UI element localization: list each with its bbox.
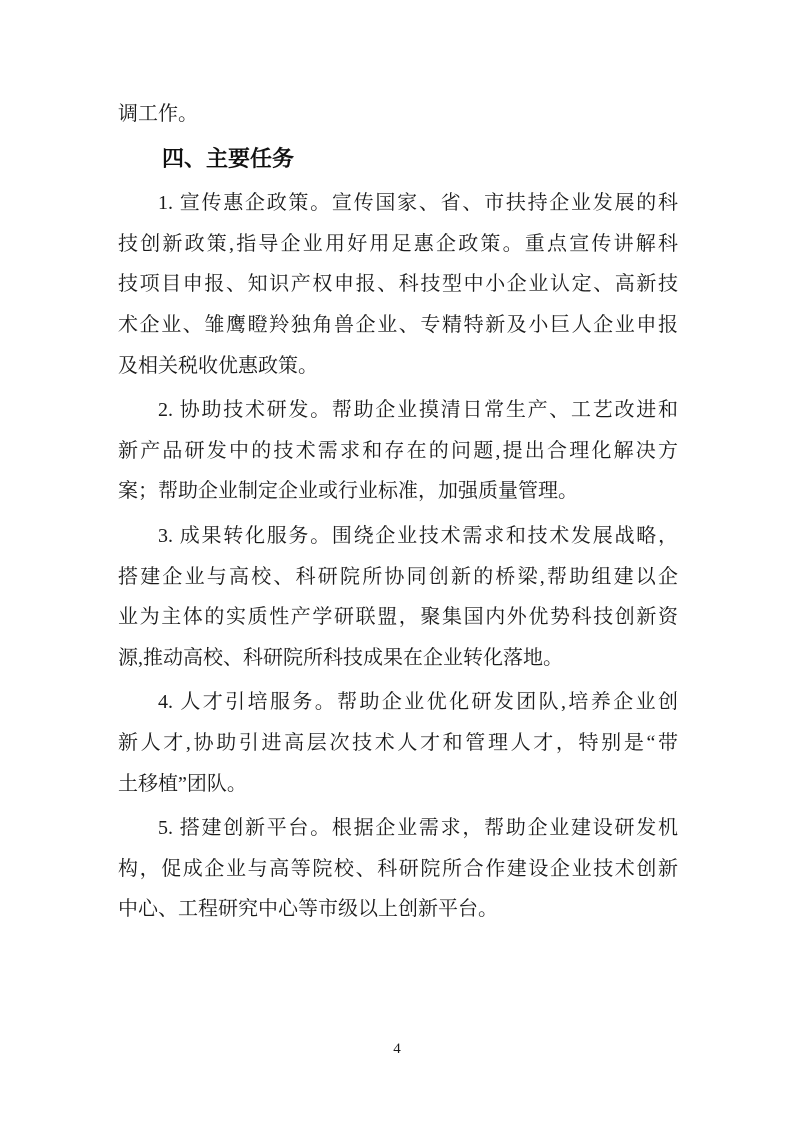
- paragraph-continuation: 调工作。: [118, 94, 678, 135]
- paragraph-2: 2. 协助技术研发。帮助企业摸清日常生产、工艺改进和 新产品研发中的技术需求和存…: [118, 390, 678, 512]
- text-line: 源,推动高校、科研院所科技成果在企业转化落地。: [118, 638, 678, 679]
- paragraph-1: 1. 宣传惠企政策。宣传国家、省、市扶持企业发展的科 技创新政策,指导企业用好用…: [118, 183, 678, 386]
- text-line: 1. 宣传惠企政策。宣传国家、省、市扶持企业发展的科: [118, 183, 678, 224]
- text-line: 技创新政策,指导企业用好用足惠企政策。重点宣传讲解科: [118, 224, 678, 265]
- text-line: 案；帮助企业制定企业或行业标准，加强质量管理。: [118, 471, 678, 512]
- paragraph-5: 5. 搭建创新平台。根据企业需求，帮助企业建设研发机 构，促成企业与高等院校、科…: [118, 808, 678, 930]
- text-line: 2. 协助技术研发。帮助企业摸清日常生产、工艺改进和: [118, 390, 678, 431]
- text-line: 技项目申报、知识产权申报、科技型中小企业认定、高新技: [118, 264, 678, 305]
- section-heading: 四、主要任务: [118, 139, 678, 180]
- text-line: 术企业、雏鹰瞪羚独角兽企业、专精特新及小巨人企业申报: [118, 305, 678, 346]
- document-page: 调工作。 四、主要任务 1. 宣传惠企政策。宣传国家、省、市扶持企业发展的科 技…: [0, 0, 794, 1123]
- paragraph-4: 4. 人才引培服务。帮助企业优化研发团队,培养企业创 新人才,协助引进高层次技术…: [118, 682, 678, 804]
- text-line: 土移植”团队。: [118, 764, 678, 805]
- text-line: 4. 人才引培服务。帮助企业优化研发团队,培养企业创: [118, 682, 678, 723]
- text-line: 业为主体的实质性产学研联盟，聚集国内外优势科技创新资: [118, 597, 678, 638]
- text-line: 新人才,协助引进高层次技术人才和管理人才，特别是“带: [118, 723, 678, 764]
- text-line: 构，促成企业与高等院校、科研院所合作建设企业技术创新: [118, 849, 678, 890]
- text-line: 调工作。: [118, 94, 678, 135]
- document-body: 调工作。 四、主要任务 1. 宣传惠企政策。宣传国家、省、市扶持企业发展的科 技…: [118, 94, 678, 934]
- paragraph-3: 3. 成果转化服务。围绕企业技术需求和技术发展战略， 搭建企业与高校、科研院所协…: [118, 516, 678, 678]
- text-line: 及相关税收优惠政策。: [118, 346, 678, 387]
- text-line: 3. 成果转化服务。围绕企业技术需求和技术发展战略，: [118, 516, 678, 557]
- text-line: 中心、工程研究中心等市级以上创新平台。: [118, 889, 678, 930]
- page-number: 4: [0, 1038, 794, 1060]
- text-line: 5. 搭建创新平台。根据企业需求，帮助企业建设研发机: [118, 808, 678, 849]
- text-line: 新产品研发中的技术需求和存在的问题,提出合理化解决方: [118, 431, 678, 472]
- text-line: 搭建企业与高校、科研院所协同创新的桥梁,帮助组建以企: [118, 557, 678, 598]
